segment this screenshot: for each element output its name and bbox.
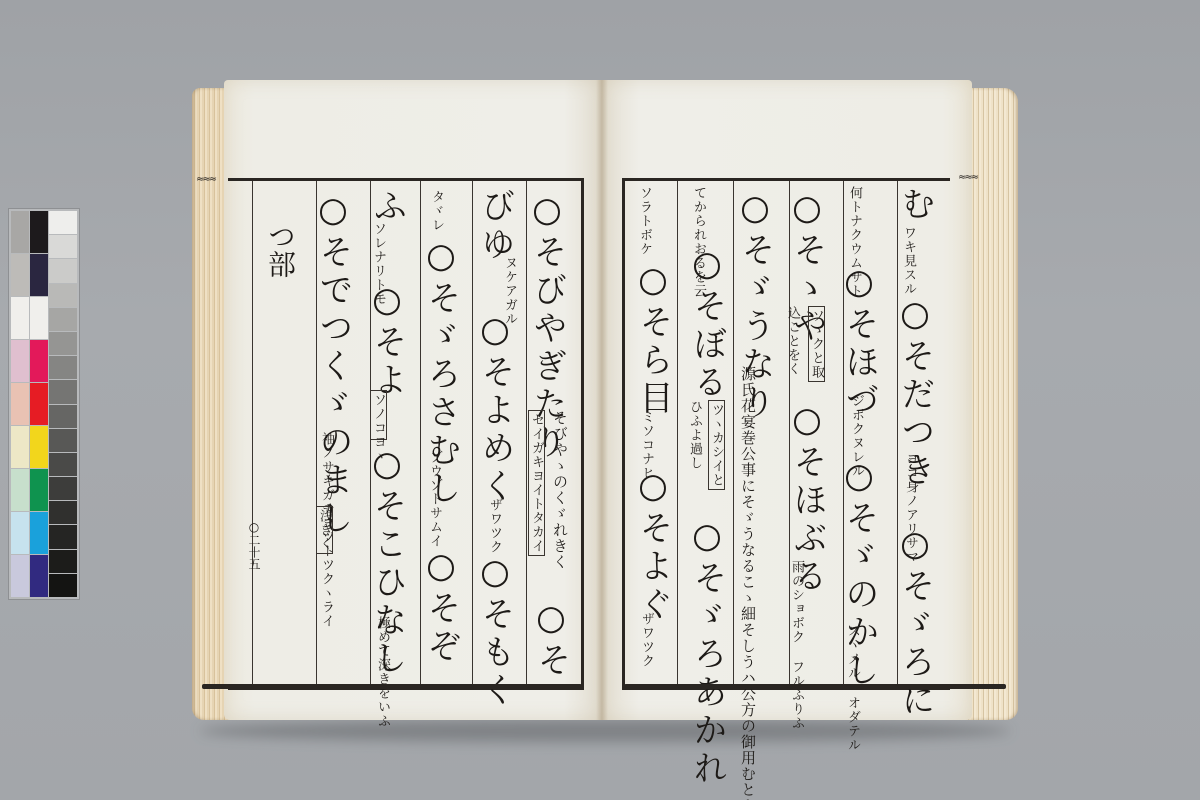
color-swatch [49, 380, 77, 403]
color-swatch [49, 477, 77, 500]
color-swatch [49, 235, 77, 258]
color-swatch [11, 426, 29, 468]
entry-soyogu: ○そよぐ [636, 466, 670, 624]
color-swatch [30, 555, 48, 597]
color-swatch [49, 211, 77, 234]
gloss: ソラトボケ [638, 186, 651, 232]
gloss: ゾウゾトサムイ [428, 450, 441, 510]
gloss: ザワツク [640, 612, 653, 652]
gloss: ザワツク [488, 498, 501, 538]
color-swatch [49, 332, 77, 355]
gloss: ソレナリトモ [372, 222, 385, 268]
rule [252, 181, 253, 687]
color-swatch [49, 308, 77, 331]
bottom-rule-left [202, 684, 582, 689]
color-swatch [49, 525, 77, 548]
gloss-boxed: ソゝクと取 [808, 306, 825, 382]
color-swatch [11, 512, 29, 554]
color-swatch [49, 259, 77, 282]
color-swatch [30, 469, 48, 511]
color-swatch [30, 211, 48, 253]
annotation: ひふよ過し [688, 400, 701, 470]
rule [677, 181, 678, 687]
gloss-boxed: セイガキヨイトタカイ [528, 410, 545, 556]
folio-number: ○二十五 [248, 520, 260, 570]
chart-col-pastel [11, 211, 29, 597]
color-swatch [49, 405, 77, 428]
color-swatch [49, 574, 77, 597]
gloss: ミソコナヒ [640, 410, 653, 454]
color-swatch [11, 297, 29, 339]
color-swatch [11, 469, 29, 511]
gloss-boxed: ツヽカシイと [708, 400, 725, 490]
gloss: タヾレ [430, 190, 443, 224]
chart-col-grayscale [49, 211, 77, 597]
annotation: そびやゝのくゞれきく [552, 410, 567, 570]
annotation: てかられおるを云 [692, 186, 705, 232]
gloss: 何トナクウムサト [848, 186, 861, 242]
color-swatch [30, 383, 48, 425]
color-swatch [11, 340, 29, 382]
section-heading: つ部 [266, 222, 294, 278]
color-calibration-chart [8, 208, 80, 600]
color-swatch [49, 453, 77, 476]
entry-sozo: ○そぞ [424, 546, 458, 666]
entry-fragment-mu: む [898, 186, 932, 224]
color-swatch [30, 297, 48, 339]
color-swatch [30, 254, 48, 296]
gloss-boxed: ソノコヨヽ [370, 390, 387, 440]
gloss: ジボクヌレル [850, 394, 863, 448]
gloss: ヌケアガル [480, 256, 516, 296]
color-swatch [11, 211, 29, 253]
annotation-genji-hanaen: 源氏花宴巻公事にそゞうなるこゝ細そしうハ公方の御用むとよハ出つめ人ずふ [740, 366, 755, 686]
entry-so: ○そ [534, 598, 568, 680]
annotation: 込ことをく [786, 306, 799, 376]
gloss-boxed: 浅きく [316, 506, 333, 554]
color-swatch [49, 501, 77, 524]
entry-soyo: ○そよ [370, 280, 404, 400]
color-swatch [49, 550, 77, 573]
chart-col-saturated [30, 211, 48, 597]
entry-soboru: ○そぼる [690, 244, 724, 402]
entry-fragment-fu: ふ [370, 188, 404, 226]
color-swatch [30, 426, 48, 468]
entry-sorame: ○そら目 [636, 260, 670, 418]
entry-soyomeku: ○そよめく [478, 310, 512, 506]
rule [733, 181, 734, 687]
rule [472, 181, 473, 687]
color-swatch [30, 512, 48, 554]
color-swatch [11, 254, 29, 296]
color-swatch [11, 383, 29, 425]
gloss: ワキ見スル [902, 226, 915, 282]
binding-mark-left: ≈≈≈ [196, 174, 215, 182]
gloss: 雨のショボク フルふりふ [790, 560, 803, 644]
color-swatch [49, 284, 77, 307]
color-swatch [49, 429, 77, 452]
gloss: ヨコ身ノアリサマ [904, 452, 917, 518]
annotation: 極めて深きをいふ [376, 616, 389, 686]
color-swatch [11, 555, 29, 597]
color-swatch [30, 340, 48, 382]
color-swatch [49, 356, 77, 379]
gloss: スヽメル オダテル [846, 624, 859, 688]
book-gutter [596, 80, 608, 720]
entry-sozoroni: ○そゞろに [898, 524, 932, 720]
entry-sozoroakare: ○そゞろあかれ [690, 516, 724, 788]
binding-mark-right: ≈≈≈ [958, 172, 977, 180]
bottom-rule-right [624, 684, 1006, 689]
entry-fragment-biyu: びゆ [478, 188, 512, 264]
